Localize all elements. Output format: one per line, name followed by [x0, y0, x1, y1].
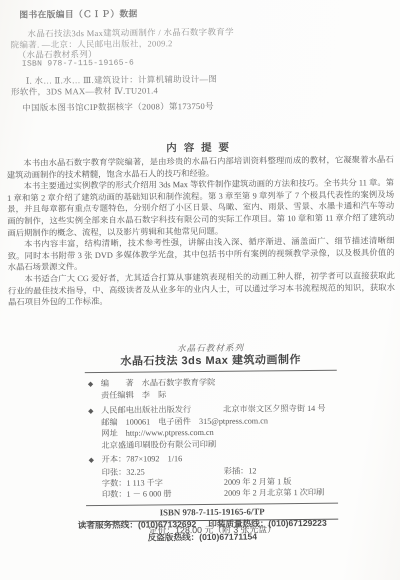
format-label: 开本： [102, 455, 127, 464]
words-label: 字数： [102, 479, 127, 488]
printrun-cell: 印数：1 － 6 000 册 [102, 488, 224, 501]
diamond-bullet-icon: ◆ [89, 455, 102, 467]
imprint-rows: ◆ 编 著水晶石数字教育学院 责任编辑李 际 ◆ 人民邮电出版社出版发行北京市崇… [85, 376, 338, 501]
format-line: 开本：787×1092 1/16 [102, 452, 338, 466]
publisher-name: 人民邮电出版社出版发行 [101, 403, 223, 416]
diamond-bullet-icon: ◆ [88, 406, 101, 418]
piracy-hotline: 反盗版热线：(010)67171154 [148, 531, 257, 542]
duty-editor-line: 责任编辑李 际 [101, 388, 337, 402]
duty-editor-value: 李 际 [142, 391, 167, 400]
format-value: 787×1092 1/16 [126, 454, 182, 464]
summary-paragraph: 本书适合广大 CG 爱好者，尤其适合打算从事建筑表现相关的动画工种人群，初学者可… [8, 270, 395, 308]
printrun-value: 1 － 6 000 册 [126, 490, 171, 499]
cip-classification-line2: 形软件，3DS MAX—教材 Ⅳ.TU201.4 [11, 84, 291, 97]
printrun-impression-row: 印数：1 － 6 000 册2009 年 2 月北京第 1 次印刷 [86, 487, 338, 501]
website-label: 网址 [101, 429, 117, 438]
website-value: http://www.ptpress.com.cn [126, 428, 214, 438]
sheets-label: 印张： [102, 467, 127, 476]
copyright-page: 图书在版编目（ＣＩＰ）数据 水晶石技法3ds Max建筑动画制作 / 水晶石数字… [0, 0, 400, 580]
editor-label: 编 著 [101, 378, 134, 387]
scanned-sheet: 图书在版编目（ＣＩＰ）数据 水晶石技法3ds Max建筑动画制作 / 水晶石数字… [0, 0, 400, 580]
printer-row: 北京盛通印刷股份有限公司印刷 [85, 438, 337, 452]
quality-hotline: 印装质量热线：(010)67129223 [208, 518, 327, 529]
duty-editor-row: 责任编辑李 际 [85, 388, 337, 402]
email-value: 315@ptpress.com.cn [199, 416, 268, 426]
postcode-value: 100061 [126, 418, 151, 427]
printrun-impression-line: 印数：1 － 6 000 册2009 年 2 月北京第 1 次印刷 [102, 487, 338, 501]
postcode-label: 邮编 [101, 418, 117, 427]
diamond-bullet-icon: ◆ [88, 379, 101, 391]
editor-line: 编 著水晶石数字教育学院 [101, 376, 337, 390]
editor-value: 水晶石数字教育学院 [142, 378, 216, 388]
printrun-label: 印数： [102, 490, 127, 499]
plates-value: 12 [248, 466, 256, 475]
book-title: 水晶石技法 3ds Max 建筑动画制作 [85, 355, 337, 369]
summary-paragraphs: 本书由水晶石数字教育学院编著，是由珍贵的水晶石内部培训资料整理而成的教材，它凝聚… [7, 154, 395, 308]
publisher-address: 北京市崇文区夕照寺街 14 号 [223, 402, 337, 415]
colophon-block: 水晶石教材系列 水晶石技法 3ds Max 建筑动画制作 ◆ 编 著水晶石数字教… [85, 342, 339, 538]
email-label: 电子函件 [158, 417, 191, 426]
printer-name: 北京盛通印刷股份有限公司印刷 [101, 438, 337, 452]
title-divider [85, 370, 337, 373]
publisher-line: 人民邮电出版社出版发行北京市崇文区夕照寺街 14 号 [101, 402, 337, 416]
hotlines-block: 读者服务热线：(010)67132692印装质量热线：(010)67129223… [2, 516, 400, 545]
hotline-row-2: 反盗版热线：(010)67171154 [2, 529, 400, 545]
cip-heading: 图书在版编目（ＣＩＰ）数据 [19, 7, 290, 20]
plates-label: 彩插： [224, 466, 249, 475]
cip-isbn: ISBN 978-7-115-19165-6 [22, 57, 291, 70]
cip-record-number: 中国版本图书馆CIP数据核字（2008）第173750号 [22, 100, 291, 113]
words-value: 1 113 千字 [126, 478, 163, 487]
reader-hotline: 读者服务热线：(010)67132692 [78, 519, 197, 530]
duty-editor-label: 责任编辑 [101, 391, 134, 400]
summary-paragraph: 本书内容丰富，结构清晰，技术参考性强，讲解由浅入深、循序渐进、涵盖面广、细节描述… [8, 235, 395, 273]
impression-cell: 2009 年 2 月北京第 1 次印刷 [224, 487, 338, 500]
sheets-value: 32.25 [126, 467, 145, 476]
cip-block: 图书在版编目（ＣＩＰ）数据 水晶石技法3ds Max建筑动画制作 / 水晶石数字… [10, 7, 291, 113]
summary-paragraph: 本书主要通过实例教学的形式介绍用 3ds Max 等软件制作建筑动画的方法和技巧… [7, 177, 395, 239]
